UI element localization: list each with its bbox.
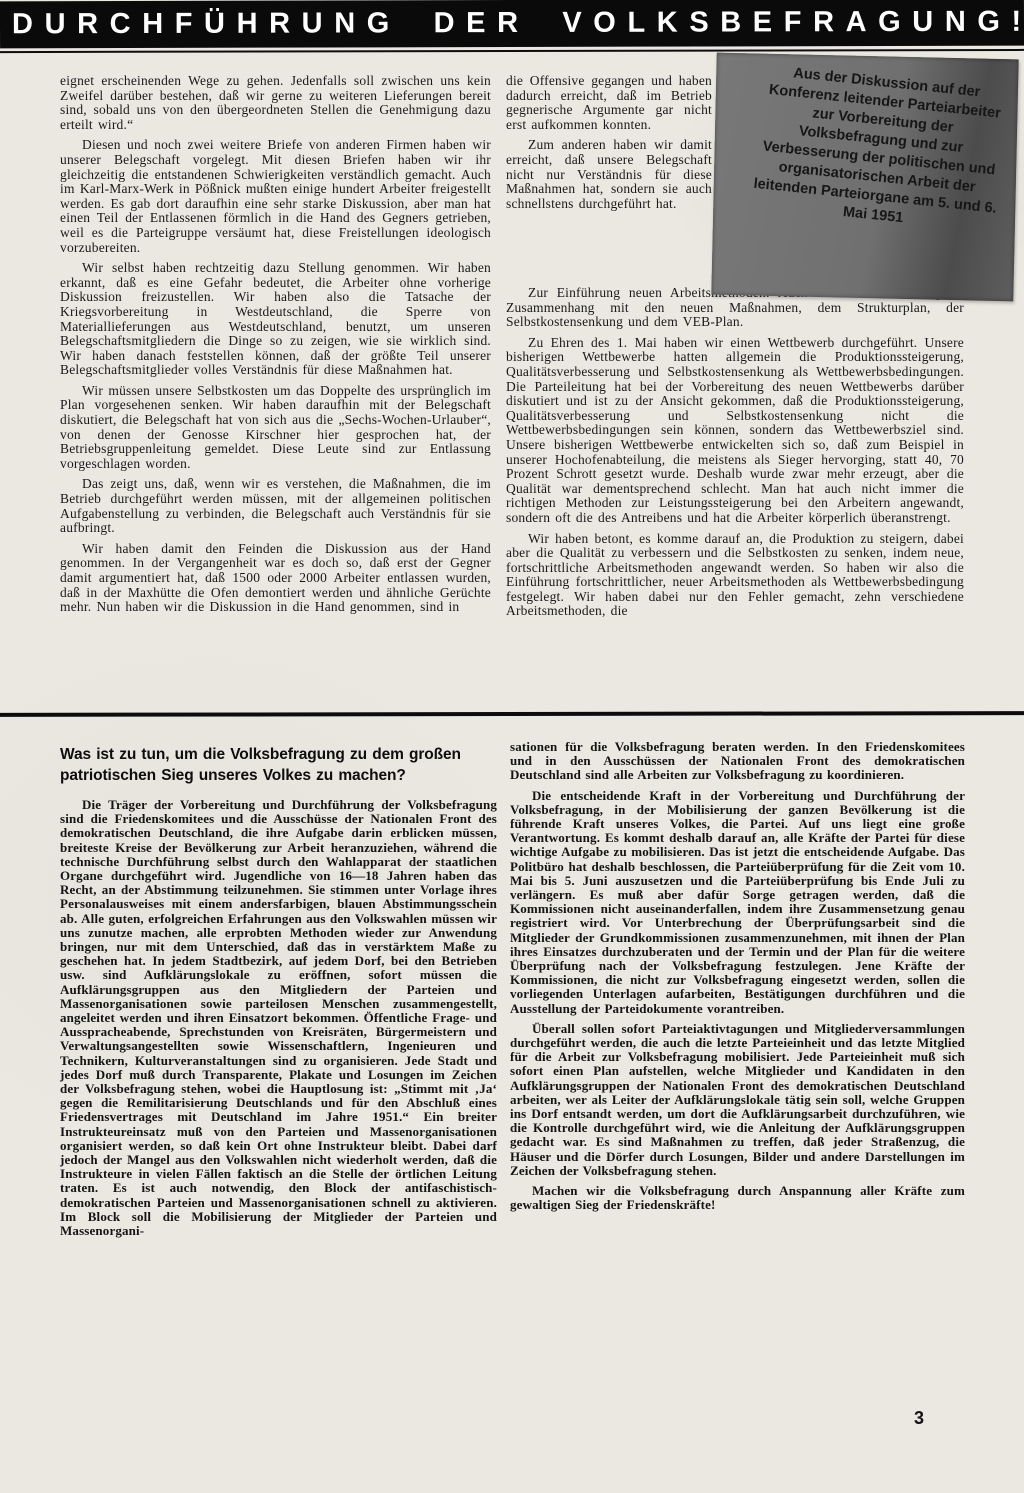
paragraph: Machen wir die Volksbefragung durch Ansp…: [510, 1184, 965, 1212]
section-divider: [0, 711, 1024, 717]
paragraph: Wir haben damit den Feinden die Diskussi…: [60, 542, 491, 615]
paragraph: Wir müssen unsere Selbstkosten um das Do…: [60, 384, 491, 472]
paragraph: Das zeigt uns, daß, wenn wir es verstehe…: [60, 477, 491, 535]
paragraph: Wir haben betont, es komme darauf an, di…: [506, 532, 964, 620]
inset-note: Aus der Diskussion auf der Konferenz lei…: [711, 53, 1018, 302]
paragraph: eignet erscheinenden Wege zu gehen. Jede…: [60, 74, 491, 132]
paragraph: Zu Ehren des 1. Mai haben wir einen Wett…: [506, 336, 964, 526]
header-underline-rule: [0, 49, 1024, 53]
paragraph: Wir selbst haben rechtzeitig dazu Stellu…: [60, 261, 491, 378]
upper-left-column: eignet erscheinenden Wege zu gehen. Jede…: [60, 74, 491, 621]
paragraph: Die entscheidende Kraft in der Vorbereit…: [510, 789, 965, 1016]
page-number: 3: [914, 1408, 924, 1429]
paragraph: Diesen und noch zwei weitere Briefe von …: [60, 138, 491, 255]
page-title: DURCHFÜHRUNG DER VOLKSBEFRAGUNG!: [0, 6, 1024, 42]
lower-left-column: Was ist zu tun, um die Volksbefragung zu…: [60, 744, 497, 1244]
lower-right-column: sationen für die Volksbefragung beraten …: [510, 740, 965, 1219]
header-banner: DURCHFÜHRUNG DER VOLKSBEFRAGUNG!: [0, 0, 1024, 48]
section-heading: Was ist zu tun, um die Volksbefragung zu…: [60, 744, 497, 786]
paragraph: Überall sollen sofort Parteiaktivtagunge…: [510, 1022, 965, 1178]
paragraph: sationen für die Volksbefragung beraten …: [510, 740, 965, 783]
scanned-document-page: DURCHFÜHRUNG DER VOLKSBEFRAGUNG! eignet …: [0, 0, 1024, 1493]
paragraph: Die Träger der Vorbereitung und Durchfüh…: [60, 798, 497, 1238]
inset-note-text: Aus der Diskussion auf der Konferenz lei…: [707, 41, 1024, 239]
